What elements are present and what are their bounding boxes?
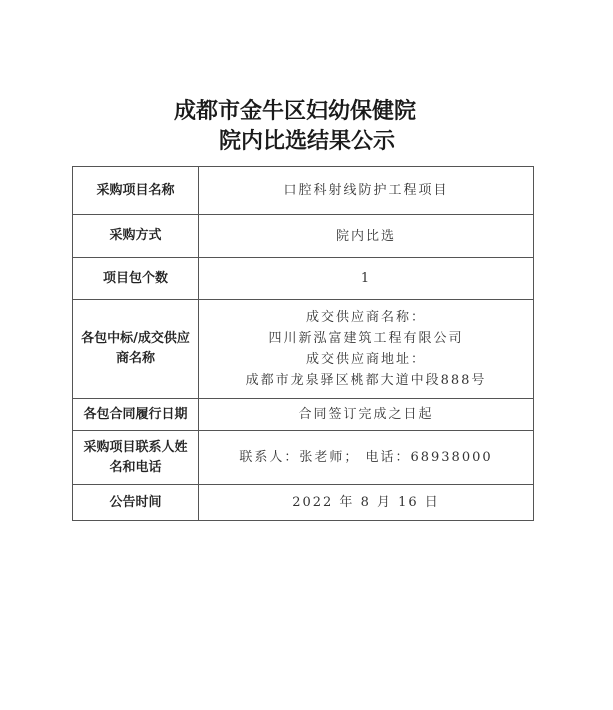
document-title-line1: 成都市金牛区妇幼保健院 xyxy=(174,94,416,125)
row-label-contract-date: 各包合同履行日期 xyxy=(73,399,199,431)
row-label-announcement-date: 公告时间 xyxy=(73,485,199,521)
result-table: 采购项目名称 口腔科射线防护工程项目 采购方式 院内比选 项目包个数 1 各包中… xyxy=(72,166,534,521)
row-label-package-count: 项目包个数 xyxy=(73,258,199,300)
row-label-supplier-line2: 商名称 xyxy=(73,349,198,369)
row-value-contact: 联系人：张老师； 电话：68938000 xyxy=(199,431,534,485)
row-value-announcement-date: 2022 年 8 月 16 日 xyxy=(199,485,534,521)
row-label-contact-line2: 名和电话 xyxy=(73,458,198,478)
row-label-procurement-method: 采购方式 xyxy=(73,215,199,258)
table-row: 各包合同履行日期 合同签订完成之日起 xyxy=(73,399,534,431)
row-value-package-count: 1 xyxy=(199,258,534,300)
row-label-contact-line1: 采购项目联系人姓 xyxy=(73,438,198,458)
table-row: 公告时间 2022 年 8 月 16 日 xyxy=(73,485,534,521)
table-row: 采购项目联系人姓 名和电话 联系人：张老师； 电话：68938000 xyxy=(73,431,534,485)
table-row: 采购方式 院内比选 xyxy=(73,215,534,258)
table-row: 项目包个数 1 xyxy=(73,258,534,300)
row-value-procurement-method: 院内比选 xyxy=(199,215,534,258)
supplier-address: 成都市龙泉驿区桃都大道中段888号 xyxy=(199,370,533,391)
row-value-supplier: 成交供应商名称： 四川新泓富建筑工程有限公司 成交供应商地址： 成都市龙泉驿区桃… xyxy=(199,300,534,399)
row-label-project-name: 采购项目名称 xyxy=(73,167,199,215)
document-title-line2: 院内比选结果公示 xyxy=(219,124,395,155)
row-label-supplier: 各包中标/成交供应 商名称 xyxy=(73,300,199,399)
supplier-name-label: 成交供应商名称： xyxy=(199,307,533,328)
table-row: 各包中标/成交供应 商名称 成交供应商名称： 四川新泓富建筑工程有限公司 成交供… xyxy=(73,300,534,399)
row-value-project-name: 口腔科射线防护工程项目 xyxy=(199,167,534,215)
table-row: 采购项目名称 口腔科射线防护工程项目 xyxy=(73,167,534,215)
supplier-name: 四川新泓富建筑工程有限公司 xyxy=(199,328,533,349)
row-label-contact: 采购项目联系人姓 名和电话 xyxy=(73,431,199,485)
row-label-supplier-line1: 各包中标/成交供应 xyxy=(73,329,198,349)
row-value-contract-date: 合同签订完成之日起 xyxy=(199,399,534,431)
supplier-address-label: 成交供应商地址： xyxy=(199,349,533,370)
